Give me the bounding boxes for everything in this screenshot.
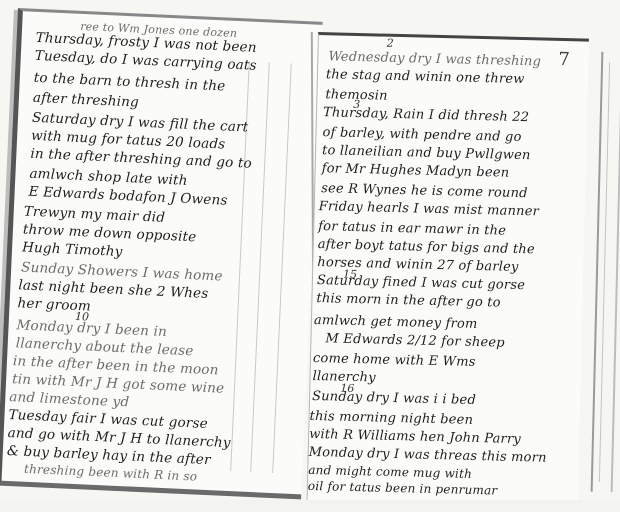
day-number: 2	[387, 37, 394, 50]
diary-line: and might come mug with	[308, 463, 472, 481]
diary-line: amlwch get money from	[314, 313, 478, 332]
diary-line: after boyt tatus for bigs and the	[318, 237, 535, 257]
diary-line: Hugh Timothy	[22, 239, 123, 260]
left-page: ree to Wm Jones one dozen Thursday, fros…	[0, 8, 323, 499]
diary-line: Friday hearls I was mist manner	[319, 199, 540, 219]
diary-line: come home with E Wms	[313, 351, 476, 370]
page-fore-edge	[591, 52, 620, 492]
diary-line: of barley, with pendre and go	[322, 125, 521, 145]
diary-line: Saturday fined I was cut gorse	[317, 273, 526, 293]
diary-line: for Mr Hughes Madyn been	[321, 161, 509, 181]
diary-line: the stag and winin one threw	[326, 67, 525, 87]
diary-line: Monday dry I was threas this morn	[309, 445, 547, 466]
diary-line: this morning night been	[309, 409, 473, 428]
diary-line: Sunday dry I was i i bed	[312, 389, 476, 408]
diary-line: for tatus in ear mawr in the	[318, 219, 506, 239]
diary-scan: ree to Wm Jones one dozen Thursday, fros…	[0, 0, 620, 512]
left-page-text: ree to Wm Jones one dozen Thursday, fros…	[23, 11, 323, 25]
diary-line: after threshing	[33, 90, 140, 111]
diary-line: M Edwards 2/12 for sheep	[325, 331, 505, 350]
diary-line: oil for tatus been in penrumar	[308, 479, 498, 498]
diary-line: see R Wynes he is come round	[321, 181, 528, 201]
page-corner-mark: 7	[558, 49, 570, 70]
diary-line: to llaneilian and buy Pwllgwen	[322, 143, 531, 163]
right-page-text: 2 Wednesday dry I was threshing the stag…	[319, 35, 589, 42]
diary-line: Wednesday dry I was threshing	[328, 49, 541, 69]
scan-margin	[0, 500, 620, 512]
diary-line: Thursday, Rain I did thresh 22	[323, 105, 529, 125]
ruled-column-line	[272, 63, 292, 473]
diary-line: this morn in the after go to	[316, 291, 501, 310]
ruled-column-line	[250, 62, 270, 472]
right-page: 7 2 Wednesday dry I was threshing the st…	[306, 32, 589, 512]
diary-line: with R Williams hen John Parry	[309, 427, 521, 447]
